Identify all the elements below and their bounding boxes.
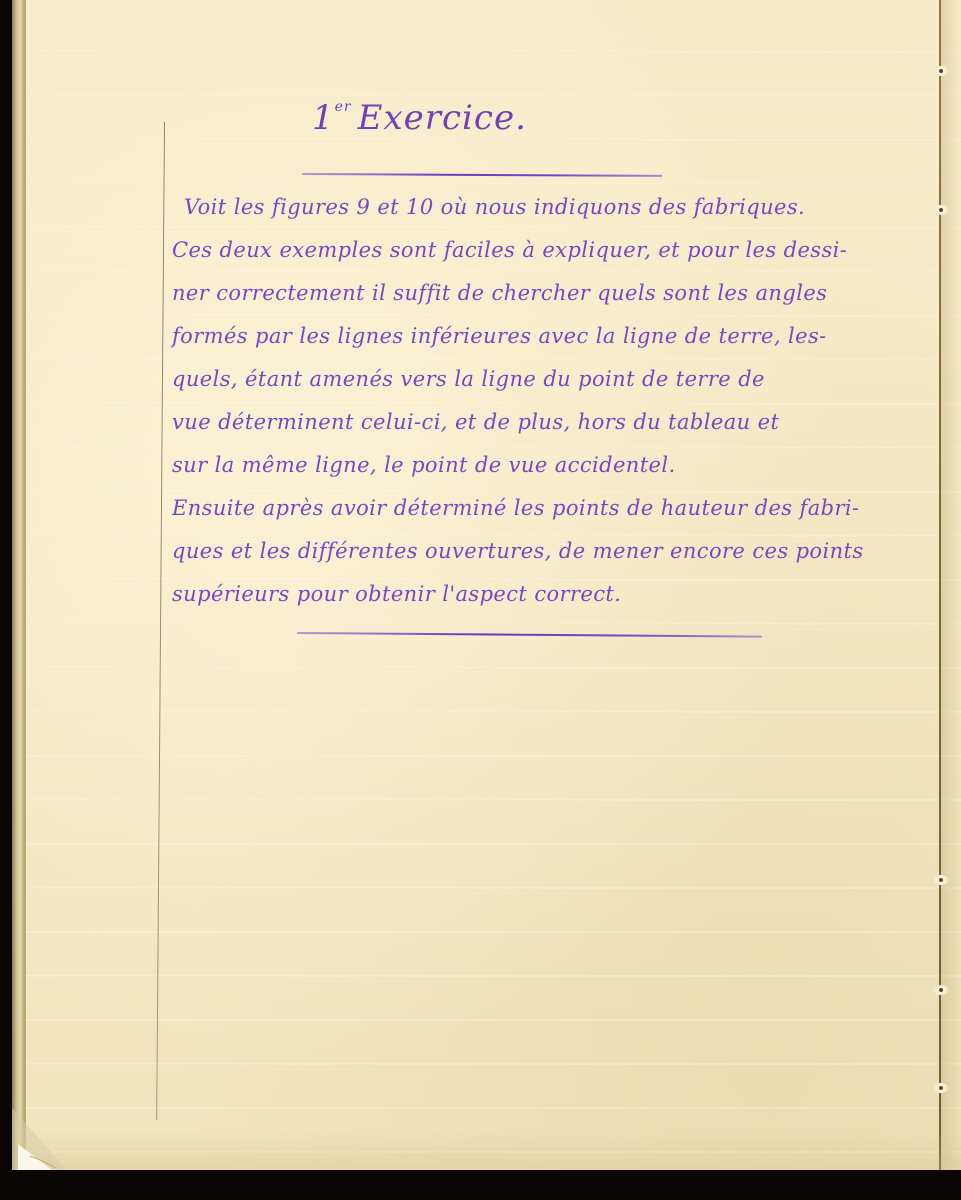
title-text: Exercice.	[358, 98, 527, 138]
text-line: ner correctement il suffit de chercher q…	[172, 272, 932, 315]
text-line: sur la même ligne, le point de vue accid…	[172, 444, 932, 487]
text-line: supérieurs pour obtenir l'aspect correct…	[172, 573, 932, 616]
text-line: Voit les figures 9 et 10 où nous indiquo…	[172, 186, 932, 229]
left-page-edge	[12, 0, 24, 1170]
text-line: Ces deux exemples sont faciles à expliqu…	[172, 229, 932, 272]
handwritten-body: Voit les figures 9 et 10 où nous indiquo…	[172, 186, 932, 616]
binding-stitch	[933, 1083, 949, 1093]
page-bottom-shading	[12, 1130, 961, 1170]
text-line: formés par les lignes inférieures avec l…	[172, 315, 932, 358]
title-ordinal-suffix: er	[335, 99, 352, 115]
binding-stitch	[933, 205, 949, 215]
binding-stitch	[933, 66, 949, 76]
text-line: Ensuite après avoir déterminé les points…	[172, 487, 932, 530]
notebook-page: 1erExercice. Voit les figures 9 et 10 où…	[12, 0, 961, 1170]
title-ordinal: 1	[312, 98, 335, 138]
binding-stitch	[933, 875, 949, 885]
page-title: 1erExercice.	[312, 98, 527, 138]
curled-corner	[12, 1108, 92, 1170]
text-line: ques et les différentes ouvertures, de m…	[172, 530, 932, 573]
text-line: quels, étant amenés vers la ligne du poi…	[172, 358, 932, 401]
binding-stitch	[933, 985, 949, 995]
scanned-document: 1erExercice. Voit les figures 9 et 10 où…	[0, 0, 961, 1200]
left-page-edge-line	[24, 0, 26, 1170]
text-line: vue déterminent celui-ci, et de plus, ho…	[172, 401, 932, 444]
